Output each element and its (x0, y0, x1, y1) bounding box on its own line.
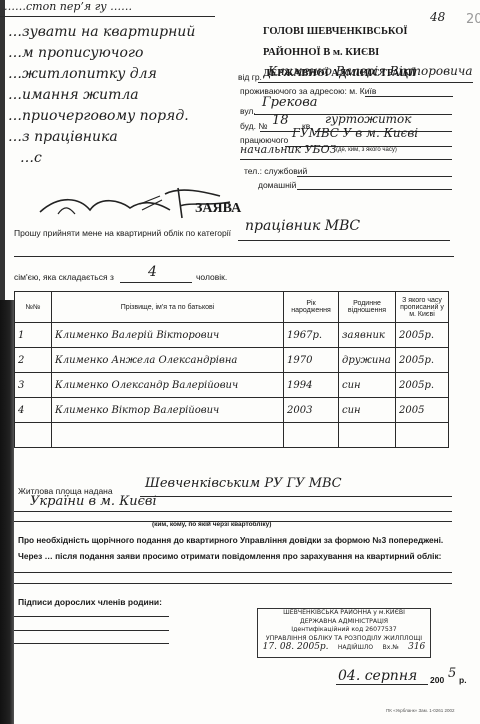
date-year-end: р. (459, 675, 467, 685)
table-row: 2 Клименко Анжела Олександрівна 1970 дру… (15, 348, 449, 373)
family-table: №№ Прізвище, ім'я та по батькові Рік нар… (14, 291, 449, 448)
table-row (15, 423, 449, 448)
cell-relation[interactable]: заявник (339, 323, 396, 348)
col-year: Рік народження (284, 292, 339, 323)
col-relation: Родинне відношення (339, 292, 396, 323)
street-value[interactable]: Грекова (262, 95, 318, 110)
house-value[interactable]: 18 (272, 113, 289, 128)
footer-code: ПК «Укрбланк» Зам. 1-0261 2002 (386, 708, 455, 713)
housing-value-1[interactable]: Шевченківським РУ ГУ МВС (145, 476, 342, 491)
stamp-date: 17. 08. 2005р. (263, 643, 329, 652)
corner-mark: 20 (466, 12, 480, 27)
cell-year[interactable] (284, 423, 339, 448)
note-line: …з працівника (8, 129, 118, 145)
cell-since[interactable]: 2005р. (396, 348, 449, 373)
field-line (14, 256, 454, 257)
col-name: Прізвище, ім'я та по батькові (52, 292, 284, 323)
field-line (14, 572, 452, 573)
cell-since[interactable] (396, 423, 449, 448)
housing-value-2[interactable]: України в м. Києві (30, 494, 157, 509)
cell-num: 4 (15, 398, 52, 423)
family-suffix: чоловік. (196, 272, 227, 282)
cell-relation[interactable]: дружина (339, 348, 396, 373)
cell-name[interactable]: Клименко Анжела Олександрівна (52, 348, 284, 373)
date-day-month[interactable]: 04. серпня (338, 668, 417, 684)
phone-work-field[interactable] (297, 176, 452, 177)
apt-value[interactable]: гуртожиток (325, 112, 411, 126)
signature-line[interactable] (14, 643, 169, 644)
divider (0, 16, 215, 17)
cell-relation[interactable]: син (339, 398, 396, 423)
cell-name[interactable] (52, 423, 284, 448)
notice-annual-form: Про необхідність щорічного подання до кв… (18, 535, 443, 545)
from-value[interactable]: Клименко Валерія Вікторовича (268, 64, 472, 78)
note-line: …м прописуючого (8, 45, 143, 61)
cell-num: 1 (15, 323, 52, 348)
cell-year[interactable]: 1970 (284, 348, 339, 373)
cell-name[interactable]: Клименко Олександр Валерійович (52, 373, 284, 398)
family-count[interactable]: 4 (148, 264, 157, 280)
table-row: 4 Клименко Віктор Валерійович 2003 син 2… (15, 398, 449, 423)
note-line: …житлопитку для (8, 66, 157, 82)
family-prefix: сім'єю, яка складається з (14, 272, 114, 282)
signature-line[interactable] (14, 630, 169, 631)
cell-name[interactable]: Клименко Валерій Вікторович (52, 323, 284, 348)
cell-year[interactable]: 2003 (284, 398, 339, 423)
date-year-suffix[interactable]: 5 (448, 666, 456, 681)
phone-home-field[interactable] (297, 189, 452, 190)
cell-relation[interactable]: син (339, 373, 396, 398)
note-line: …имання житла (8, 87, 139, 103)
signature-line[interactable] (14, 616, 169, 617)
request-text: Прошу прийняти мене на квартирний облік … (14, 228, 231, 238)
cell-year[interactable]: 1967р. (284, 323, 339, 348)
signatures-label: Підписи дорослих членів родини: (18, 597, 162, 607)
field-line (140, 496, 452, 497)
col-num: №№ (15, 292, 52, 323)
work-hint: (де, ким, з якого часу) (336, 147, 397, 153)
cell-since[interactable]: 2005р. (396, 373, 449, 398)
note-line: …зувати на квартирний (8, 24, 195, 40)
note-line: …приочерговому поряд. (8, 108, 189, 124)
table-header-row: №№ Прізвище, ім'я та по батькові Рік нар… (15, 292, 449, 323)
field-line (14, 511, 452, 512)
cell-year[interactable]: 1994 (284, 373, 339, 398)
date-year-prefix: 200 (430, 675, 444, 685)
from-label: від гр. (238, 72, 262, 82)
cell-num: 3 (15, 373, 52, 398)
scan-edge (0, 300, 14, 724)
phone-work-label: тел.: службовий (244, 166, 307, 176)
housing-hint: (ким, кому, по якій черзі квартобліку) (152, 521, 271, 528)
col-since: З якого часу прописаний у м. Києві (396, 292, 449, 323)
field-line (238, 240, 450, 241)
scan-edge-top (0, 0, 5, 300)
stamp-received: НАДІЙШЛО (338, 644, 373, 653)
cell-since[interactable]: 2005р. (396, 323, 449, 348)
table-row: 1 Клименко Валерій Вікторович 1967р. зая… (15, 323, 449, 348)
field-line (240, 159, 452, 160)
work-value-2[interactable]: начальник УБОЗ (240, 143, 337, 156)
document-title: ЗАЯВА (195, 201, 241, 217)
field-line (14, 583, 452, 584)
table-row: 3 Клименко Олександр Валерійович 1994 си… (15, 373, 449, 398)
stamp-line: ДЕРЖАВНА АДМІНІСТРАЦІЯ (258, 618, 430, 627)
notice-registration: Через … після подання заяви просимо отри… (18, 551, 441, 561)
stamp-reg-label: Вх.№ (382, 644, 398, 653)
note-line: ……стоп пер’я гу …… (4, 0, 132, 13)
category-value[interactable]: працівник МВС (245, 218, 360, 234)
field-line (120, 282, 192, 283)
registration-stamp: ШЕВЧЕНКІВСЬКА РАЙОННА у м.КИЄВІ ДЕРЖАВНА… (257, 608, 431, 658)
cell-num (15, 423, 52, 448)
header-line: ГОЛОВІ ШЕВЧЕНКІВСЬКОЇ (263, 26, 408, 37)
cell-relation[interactable] (339, 423, 396, 448)
cell-since[interactable]: 2005 (396, 398, 449, 423)
field-line (258, 82, 473, 83)
stamp-reg-number: 316 (408, 643, 425, 652)
cell-name[interactable]: Клименко Віктор Валерійович (52, 398, 284, 423)
work-value[interactable]: ГУМВС У в м. Києві (292, 126, 418, 140)
field-line (365, 96, 453, 97)
stamp-line: ШЕВЧЕНКІВСЬКА РАЙОННА у м.КИЄВІ (258, 609, 430, 618)
note-line: …с (20, 150, 42, 166)
header-line: РАЙОННОЇ В м. КИЄВІ (263, 47, 379, 58)
stamp-line: Ідентифікаційний код 26077537 (258, 626, 430, 635)
house-label: буд. № (240, 121, 267, 131)
cell-num: 2 (15, 348, 52, 373)
field-line (336, 684, 428, 685)
page-number: 48 (430, 10, 445, 24)
